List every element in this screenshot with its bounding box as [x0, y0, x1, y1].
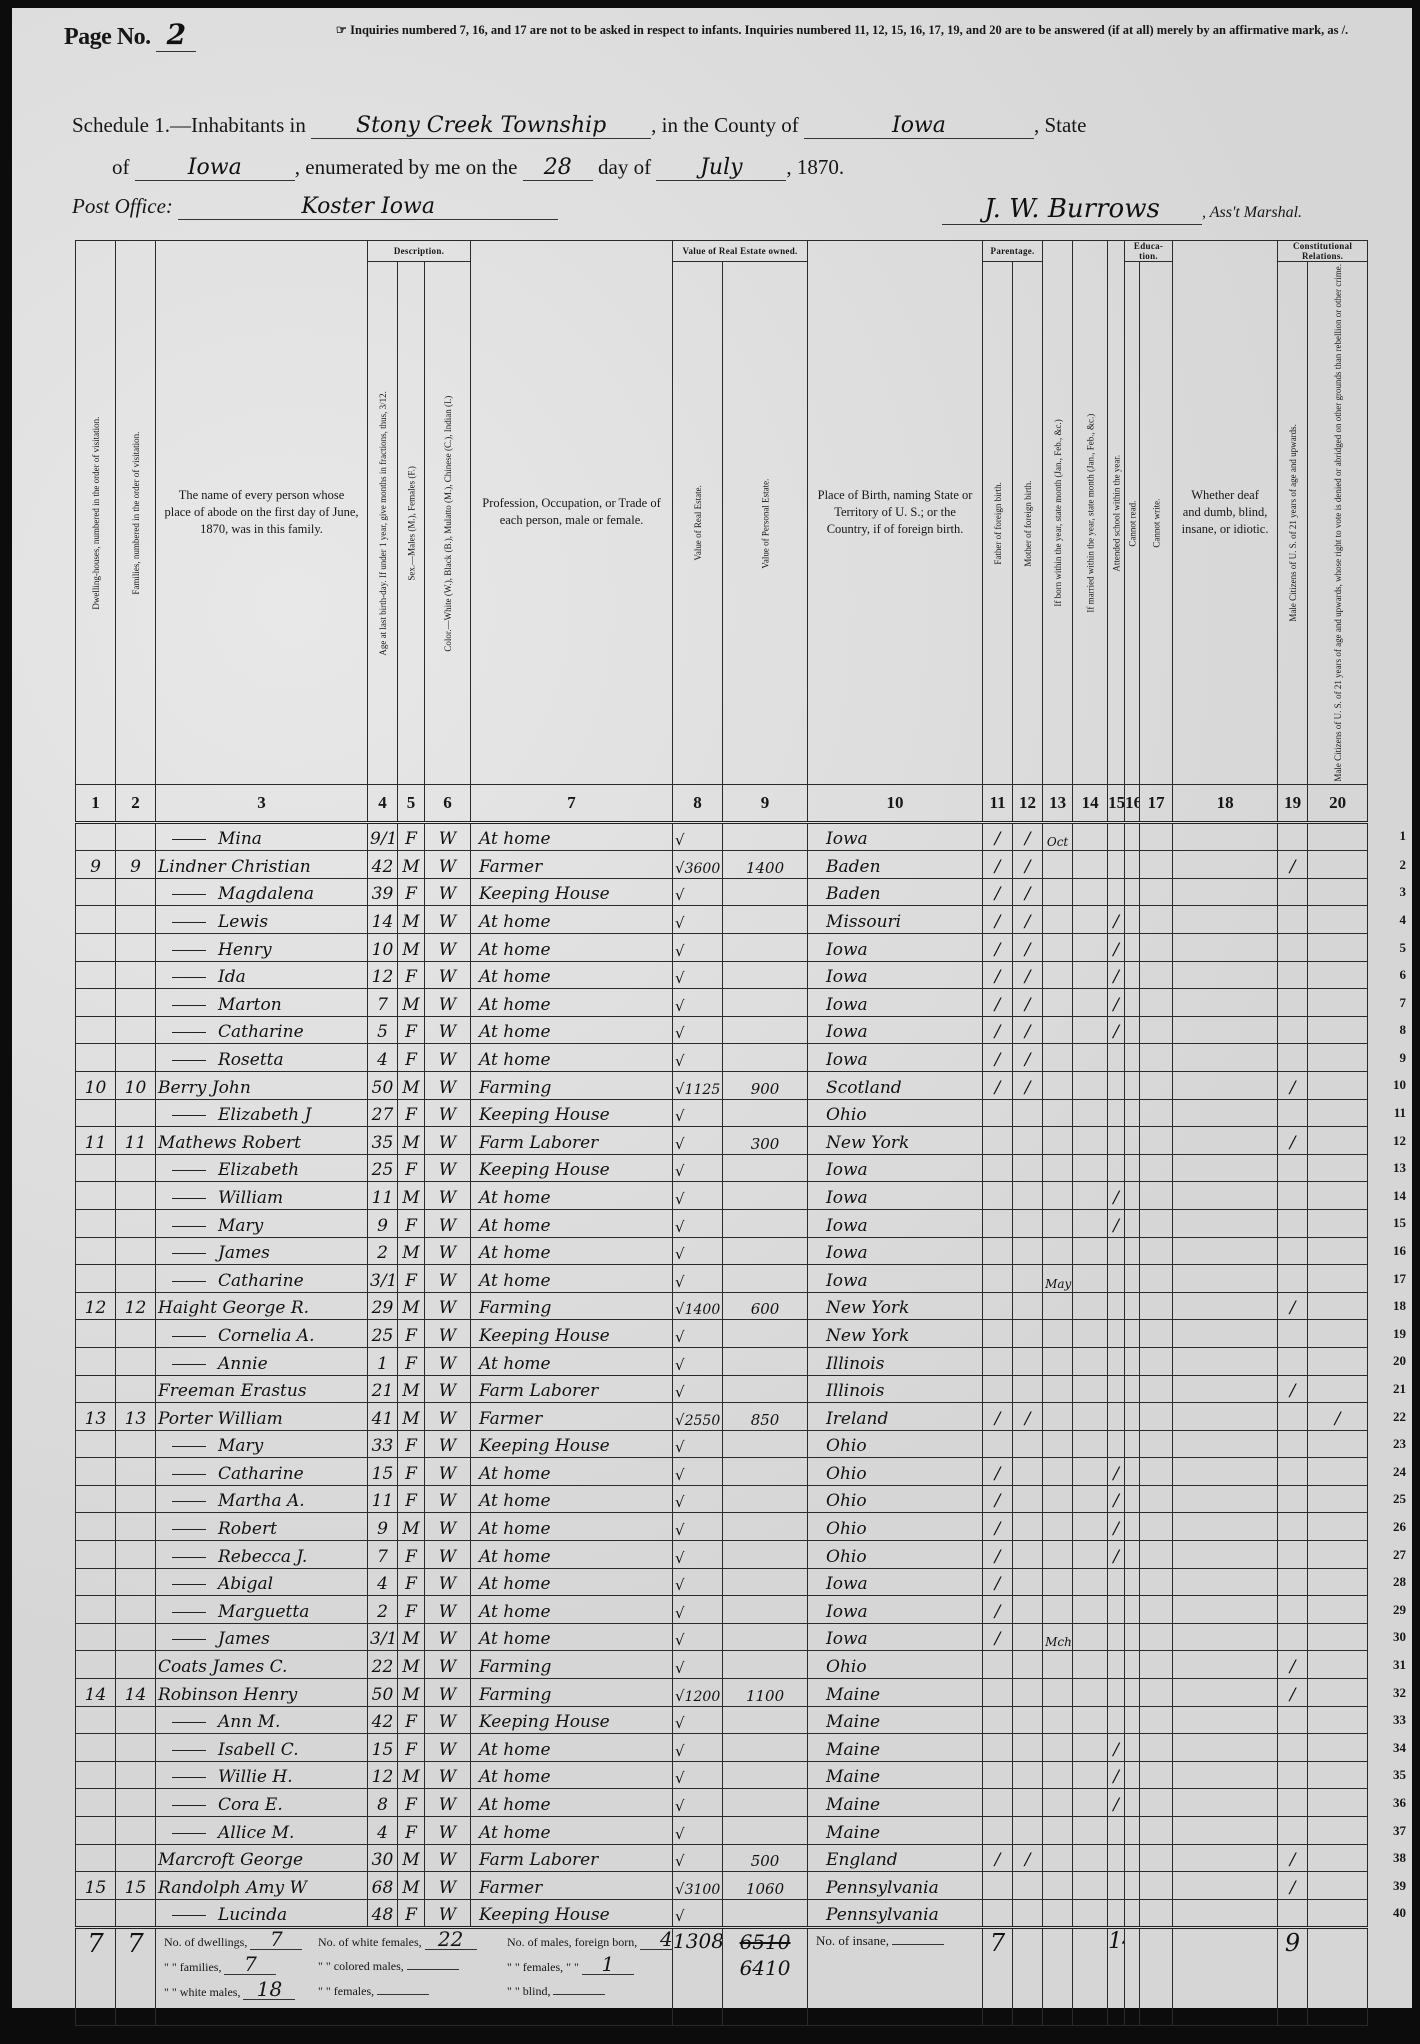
family-number [116, 1651, 156, 1679]
born-month [1043, 1458, 1073, 1486]
line-number: 39 [1393, 1878, 1406, 1894]
ditto-dash [172, 950, 206, 951]
birthplace: Iowa [808, 1568, 983, 1596]
vote-denied-mark [1308, 1044, 1368, 1072]
sex: F [398, 1789, 425, 1817]
personal-estate-value [723, 1623, 808, 1651]
married-month [1073, 1541, 1108, 1569]
color: W [425, 961, 471, 989]
disability [1173, 1347, 1278, 1375]
census-row: Martha A. 11 F W At home √ Ohio / / [76, 1485, 1368, 1513]
dwellings-count: 7 [250, 1929, 302, 1950]
citizen-mark [1278, 1734, 1308, 1762]
vote-denied-mark [1308, 1679, 1368, 1707]
citizen-mark [1278, 1320, 1308, 1348]
family-number: 15 [116, 1872, 156, 1900]
color: W [425, 1099, 471, 1127]
census-row: Lewis 14 M W At home √ Missouri / / / [76, 906, 1368, 934]
group-header-description: Description. [368, 241, 471, 262]
real-estate-total: 13085 [673, 1928, 723, 2026]
family-number [116, 1706, 156, 1734]
color: W [425, 1734, 471, 1762]
father-foreign-mark: / [983, 961, 1013, 989]
sex: F [398, 1099, 425, 1127]
cannot-write-mark [1140, 1265, 1173, 1293]
personal-estate-value: 1100 [723, 1679, 808, 1707]
person-name: Cora E. [156, 1789, 368, 1817]
colored-females-count [377, 1994, 429, 1995]
disability [1173, 1403, 1278, 1431]
dwelling-number [76, 1044, 116, 1072]
given-name: Isabell C. [218, 1740, 299, 1760]
born-month [1043, 1679, 1073, 1707]
real-estate-value: √ [673, 1237, 723, 1265]
vote-denied-mark: / [1308, 1403, 1368, 1431]
family-number [116, 1016, 156, 1044]
sex: M [398, 1513, 425, 1541]
age: 12 [368, 961, 398, 989]
census-row: 10 10 Berry John 50 M W Farming √1125 90… [76, 1071, 1368, 1099]
color: W [425, 1596, 471, 1624]
sex: M [398, 1375, 425, 1403]
cannot-read-mark [1125, 961, 1140, 989]
sex: M [398, 1127, 425, 1155]
mother-foreign-mark [1013, 1872, 1043, 1900]
disability [1173, 1237, 1278, 1265]
census-row: Robert 9 M W At home √ Ohio / / [76, 1513, 1368, 1541]
married-month [1073, 989, 1108, 1017]
surname: Lindner [158, 857, 231, 877]
family-number [116, 906, 156, 934]
birthplace: Ireland [808, 1403, 983, 1431]
person-name: William [156, 1182, 368, 1210]
cannot-write-mark [1140, 1899, 1173, 1928]
color: W [425, 1403, 471, 1431]
sex: M [398, 1292, 425, 1320]
given-name: Cornelia A. [218, 1326, 314, 1346]
surname: Mathews [158, 1133, 242, 1153]
mother-foreign-mark [1013, 1817, 1043, 1845]
sex: F [398, 1817, 425, 1845]
person-name: Marcroft George [156, 1844, 368, 1872]
dwelling-number [76, 1458, 116, 1486]
born-month [1043, 1237, 1073, 1265]
father-foreign-mark [983, 1734, 1013, 1762]
birthplace: Ohio [808, 1458, 983, 1486]
personal-estate-value: 1060 [723, 1872, 808, 1900]
vote-denied-mark [1308, 1265, 1368, 1293]
ditto-dash [172, 894, 206, 895]
age: 1 [368, 1347, 398, 1375]
occupation: Keeping House [471, 1430, 673, 1458]
school-mark [1108, 1265, 1125, 1293]
occupation: At home [471, 1734, 673, 1762]
cannot-write-mark [1140, 1044, 1173, 1072]
census-row: Ida 12 F W At home √ Iowa / / / [76, 961, 1368, 989]
citizen-mark [1278, 1237, 1308, 1265]
citizen-mark [1278, 1154, 1308, 1182]
sex: F [398, 1458, 425, 1486]
occupation: At home [471, 1265, 673, 1293]
insane-count-cell: No. of insane, [808, 1928, 983, 2026]
vote-denied-mark [1308, 1651, 1368, 1679]
birthplace: Ohio [808, 1099, 983, 1127]
census-row: 15 15 Randolph Amy W 68 M W Farmer √3100… [76, 1872, 1368, 1900]
mother-foreign-mark [1013, 1375, 1043, 1403]
ditto-dash [172, 977, 206, 978]
census-row: Mary 9 F W At home √ Iowa / [76, 1209, 1368, 1237]
vote-denied-mark [1308, 989, 1368, 1017]
line-number: 14 [1393, 1188, 1406, 1204]
citizen-mark [1278, 934, 1308, 962]
married-month [1073, 1320, 1108, 1348]
ditto-dash [172, 1557, 206, 1558]
person-name: Berry John [156, 1071, 368, 1099]
line-number: 6 [1400, 967, 1407, 983]
age: 22 [368, 1651, 398, 1679]
mother-foreign-mark [1013, 1265, 1043, 1293]
census-table: Dwelling-houses, numbered in the order o… [75, 240, 1367, 2026]
census-row: 9 9 Lindner Christian 42 M W Farmer √360… [76, 851, 1368, 879]
real-estate-value: √ [673, 1099, 723, 1127]
census-row: Marguetta 2 F W At home √ Iowa / [76, 1596, 1368, 1624]
census-row: Cora E. 8 F W At home √ Maine / [76, 1789, 1368, 1817]
given-name: Catharine [218, 1022, 304, 1042]
age: 68 [368, 1872, 398, 1900]
sex: F [398, 1320, 425, 1348]
birthplace: Baden [808, 851, 983, 879]
birthplace: Illinois [808, 1375, 983, 1403]
age: 48 [368, 1899, 398, 1928]
family-number [116, 1320, 156, 1348]
real-estate-value: √ [673, 1706, 723, 1734]
occupation: Keeping House [471, 1154, 673, 1182]
color: W [425, 1016, 471, 1044]
person-name: Robert [156, 1513, 368, 1541]
age: 14 [368, 906, 398, 934]
occupation: At home [471, 822, 673, 851]
personal-estate-value [723, 1265, 808, 1293]
disability [1173, 1320, 1278, 1348]
born-month [1043, 906, 1073, 934]
color: W [425, 934, 471, 962]
personal-estate-value [723, 1375, 808, 1403]
cannot-read-mark [1125, 1761, 1140, 1789]
mother-foreign-mark: / [1013, 878, 1043, 906]
cannot-write-mark [1140, 1320, 1173, 1348]
dwelling-number: 15 [76, 1872, 116, 1900]
cannot-write-mark [1140, 1789, 1173, 1817]
dwelling-number [76, 1375, 116, 1403]
cannot-write-mark [1140, 1596, 1173, 1624]
person-name: Martha A. [156, 1485, 368, 1513]
born-month [1043, 1485, 1073, 1513]
foreign-females-count: 1 [582, 1954, 634, 1975]
occupation: Farming [471, 1071, 673, 1099]
married-month [1073, 934, 1108, 962]
citizen-mark [1278, 1430, 1308, 1458]
cannot-write-mark [1140, 1458, 1173, 1486]
line-number: 17 [1393, 1271, 1406, 1287]
insane-count [892, 1944, 944, 1945]
married-month [1073, 1044, 1108, 1072]
foreign-males-count: 4 [640, 1929, 672, 1950]
given-name: Ida [218, 967, 246, 987]
cannot-read-mark [1125, 1375, 1140, 1403]
person-name: Randolph Amy W [156, 1872, 368, 1900]
col-header-cannot-read: Cannot read. [1125, 262, 1140, 785]
real-estate-value: √1125 [673, 1071, 723, 1099]
born-month: Oct [1043, 822, 1073, 851]
occupation: At home [471, 961, 673, 989]
born-month [1043, 1734, 1073, 1762]
occupation: At home [471, 1347, 673, 1375]
age: 39 [368, 878, 398, 906]
cannot-write-mark [1140, 1071, 1173, 1099]
col-header-name: The name of every person whose place of … [156, 241, 368, 785]
family-number [116, 878, 156, 906]
born-month [1043, 1651, 1073, 1679]
family-number [116, 822, 156, 851]
line-number: 35 [1393, 1767, 1406, 1783]
father-foreign-mark [983, 1899, 1013, 1928]
real-estate-value: √ [673, 1154, 723, 1182]
census-row: Annie 1 F W At home √ Illinois [76, 1347, 1368, 1375]
father-foreign-mark [983, 1127, 1013, 1155]
disability [1173, 822, 1278, 851]
col-header-family: Families, numbered in the order of visit… [116, 241, 156, 785]
father-foreign-mark: / [983, 934, 1013, 962]
color: W [425, 1430, 471, 1458]
school-mark [1108, 851, 1125, 879]
mother-foreign-mark [1013, 1623, 1043, 1651]
father-foreign-mark: / [983, 1403, 1013, 1431]
cannot-read-mark [1125, 1706, 1140, 1734]
real-estate-value: √1200 [673, 1679, 723, 1707]
family-number [116, 1734, 156, 1762]
line-number: 21 [1393, 1381, 1406, 1397]
line-number: 31 [1393, 1657, 1406, 1673]
group-header-education: Educa-tion. [1125, 241, 1173, 262]
age: 11 [368, 1485, 398, 1513]
disability [1173, 1209, 1278, 1237]
disability [1173, 1044, 1278, 1072]
line-number: 26 [1393, 1519, 1406, 1535]
group-header-constitutional: Constitutional Relations. [1278, 241, 1368, 262]
occupation: Keeping House [471, 1099, 673, 1127]
ditto-dash [172, 1198, 206, 1199]
census-row: Elizabeth J 27 F W Keeping House √ Ohio [76, 1099, 1368, 1127]
cannot-write-mark [1140, 1872, 1173, 1900]
enumeration-line: of Iowa, enumerated by me on the 28 day … [112, 155, 844, 181]
col-header-sex: Sex.—Males (M.), Females (F.) [398, 262, 425, 785]
cannot-read-mark [1125, 1044, 1140, 1072]
birthplace: Iowa [808, 989, 983, 1017]
birthplace: Iowa [808, 1154, 983, 1182]
cannot-read-mark [1125, 1265, 1140, 1293]
mother-foreign-mark [1013, 1513, 1043, 1541]
citizen-mark [1278, 1568, 1308, 1596]
census-page: Page No. 2 ☞ Inquiries numbered 7, 16, a… [12, 8, 1412, 2008]
birthplace: Maine [808, 1734, 983, 1762]
given-name: Robert [218, 1519, 277, 1539]
cannot-read-mark [1125, 1844, 1140, 1872]
person-name: Annie [156, 1347, 368, 1375]
age: 9 [368, 1209, 398, 1237]
disability [1173, 1375, 1278, 1403]
real-estate-value: √ [673, 878, 723, 906]
surname: Marcroft [158, 1850, 240, 1870]
summary-counts: No. of dwellings, 7 No. of white females… [156, 1928, 673, 2026]
real-estate-value: √ [673, 1320, 723, 1348]
occupation: At home [471, 1237, 673, 1265]
cannot-write-mark [1140, 1403, 1173, 1431]
person-name: Willie H. [156, 1761, 368, 1789]
occupation: At home [471, 1016, 673, 1044]
sex: M [398, 934, 425, 962]
father-foreign-mark [983, 1789, 1013, 1817]
census-row: Abigal 4 F W At home √ Iowa / [76, 1568, 1368, 1596]
cannot-write-mark [1140, 1679, 1173, 1707]
census-row: Catharine 15 F W At home √ Ohio / / [76, 1458, 1368, 1486]
person-name: Marton [156, 989, 368, 1017]
disability [1173, 1485, 1278, 1513]
born-month [1043, 1706, 1073, 1734]
family-number [116, 1596, 156, 1624]
age: 3/12 [368, 1265, 398, 1293]
census-row: Catharine 3/12 F W At home √ Iowa May [76, 1265, 1368, 1293]
disability [1173, 878, 1278, 906]
dwelling-number [76, 1347, 116, 1375]
sex: F [398, 1016, 425, 1044]
born-month [1043, 1292, 1073, 1320]
occupation: At home [471, 1458, 673, 1486]
cannot-write-mark [1140, 1485, 1173, 1513]
vote-denied-mark [1308, 1844, 1368, 1872]
school-mark [1108, 1071, 1125, 1099]
color: W [425, 1292, 471, 1320]
census-row: Catharine 5 F W At home √ Iowa / / / [76, 1016, 1368, 1044]
family-number: 9 [116, 851, 156, 879]
vote-denied-mark [1308, 961, 1368, 989]
given-name: Henry [244, 1685, 298, 1705]
citizen-mark [1278, 906, 1308, 934]
color: W [425, 1265, 471, 1293]
personal-estate-value: 850 [723, 1403, 808, 1431]
given-name: Elizabeth [218, 1160, 299, 1180]
dwelling-number [76, 1817, 116, 1845]
person-name: Henry [156, 934, 368, 962]
father-foreign-mark: / [983, 851, 1013, 879]
mother-foreign-mark [1013, 1154, 1043, 1182]
line-number: 23 [1393, 1436, 1406, 1452]
mother-foreign-mark: / [1013, 961, 1043, 989]
cannot-read-mark [1125, 1292, 1140, 1320]
sex: F [398, 1430, 425, 1458]
line-number: 3 [1400, 884, 1407, 900]
color: W [425, 822, 471, 851]
sex: M [398, 1761, 425, 1789]
school-mark [1108, 1292, 1125, 1320]
occupation: Farming [471, 1292, 673, 1320]
personal-estate-value [723, 1789, 808, 1817]
ditto-dash [172, 1170, 206, 1171]
col-header-real-estate: Value of Real Estate. [673, 262, 723, 785]
mother-foreign-mark: / [1013, 934, 1043, 962]
married-month [1073, 1789, 1108, 1817]
occupation: Keeping House [471, 1706, 673, 1734]
col-header-cannot-write: Cannot write. [1140, 262, 1173, 785]
personal-estate-value [723, 1761, 808, 1789]
color: W [425, 1347, 471, 1375]
disability [1173, 989, 1278, 1017]
line-number: 9 [1400, 1050, 1407, 1066]
dwelling-number [76, 1761, 116, 1789]
given-name: Mina [218, 829, 262, 849]
sex: F [398, 1347, 425, 1375]
born-month [1043, 1182, 1073, 1210]
sex: M [398, 851, 425, 879]
married-month [1073, 961, 1108, 989]
real-estate-value: √ [673, 1789, 723, 1817]
vote-denied-mark [1308, 1016, 1368, 1044]
census-row: Willie H. 12 M W At home √ Maine / [76, 1761, 1368, 1789]
cannot-write-mark [1140, 906, 1173, 934]
color: W [425, 1541, 471, 1569]
birthplace: Ohio [808, 1541, 983, 1569]
school-mark [1108, 1651, 1125, 1679]
person-name: Mary [156, 1209, 368, 1237]
real-estate-value: √2550 [673, 1403, 723, 1431]
vote-denied-mark [1308, 1099, 1368, 1127]
real-estate-value: √ [673, 822, 723, 851]
married-month [1073, 1099, 1108, 1127]
state-field: Iowa [135, 155, 295, 181]
surname: Freeman [158, 1381, 241, 1401]
line-number: 5 [1400, 940, 1407, 956]
mother-foreign-mark [1013, 1182, 1043, 1210]
birthplace: Ohio [808, 1513, 983, 1541]
sex: M [398, 1182, 425, 1210]
age: 8 [368, 1789, 398, 1817]
married-month [1073, 1127, 1108, 1155]
personal-estate-value [723, 1513, 808, 1541]
given-name: Marton [218, 995, 282, 1015]
married-month [1073, 1375, 1108, 1403]
dwelling-number: 10 [76, 1071, 116, 1099]
sex: F [398, 1706, 425, 1734]
father-foreign-mark: / [983, 1071, 1013, 1099]
given-name: Cora E. [218, 1795, 283, 1815]
given-name: Elizabeth J [218, 1105, 311, 1125]
group-header-parentage: Parentage. [983, 241, 1043, 262]
father-foreign-mark: / [983, 1044, 1013, 1072]
col-header-disability: Whether deaf and dumb, blind, insane, or… [1173, 241, 1278, 785]
disability [1173, 1706, 1278, 1734]
vote-denied-mark [1308, 934, 1368, 962]
father-foreign-mark: / [983, 822, 1013, 851]
family-number [116, 1817, 156, 1845]
birthplace: Baden [808, 878, 983, 906]
school-mark: / [1108, 1789, 1125, 1817]
dwelling-number [76, 1237, 116, 1265]
personal-estate-total: 6510 6410 [723, 1928, 808, 2026]
real-estate-value: √ [673, 1458, 723, 1486]
given-name: Martha A. [218, 1491, 305, 1511]
cannot-write-mark [1140, 1127, 1173, 1155]
born-month [1043, 1320, 1073, 1348]
sex: M [398, 1623, 425, 1651]
